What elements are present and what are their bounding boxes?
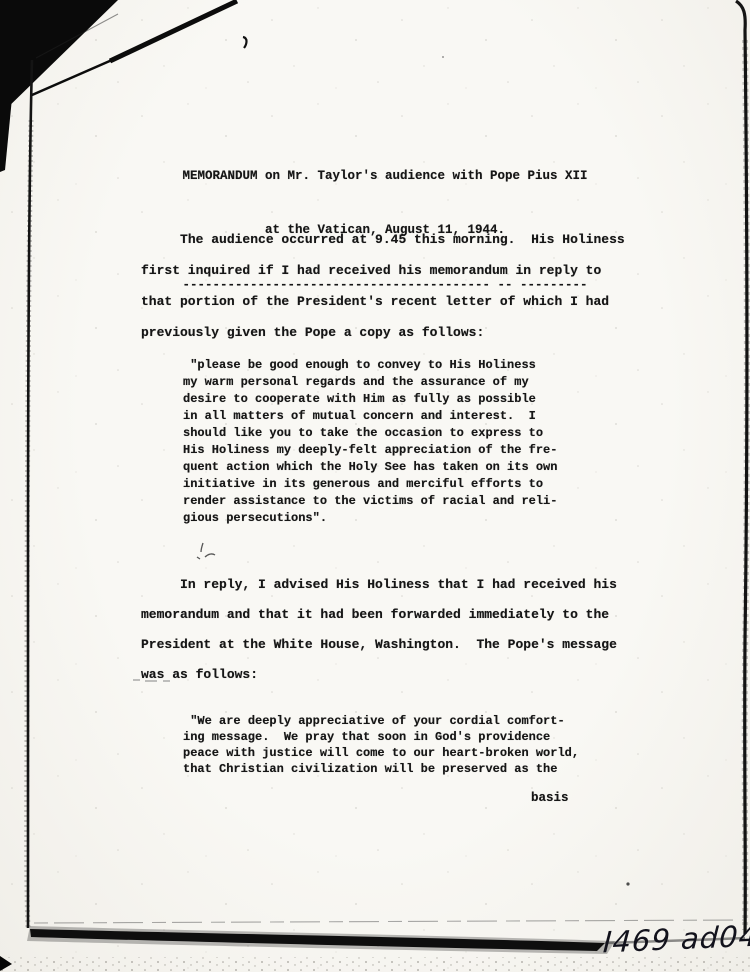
handwritten-archive-code: I469 ad04 bbox=[602, 919, 750, 960]
paragraph-1: The audience occurred at 9.45 this morni… bbox=[141, 224, 641, 348]
memo-title-line1: MEMORANDUM on Mr. Taylor's audience with… bbox=[182, 167, 588, 185]
memo-document: MEMORANDUM on Mr. Taylor's audience with… bbox=[0, 0, 750, 972]
scanned-page: MEMORANDUM on Mr. Taylor's audience with… bbox=[0, 0, 750, 972]
catchword: basis bbox=[531, 791, 569, 805]
quote-2: "We are deeply appreciative of your cord… bbox=[183, 713, 613, 777]
quote-1: "please be good enough to convey to His … bbox=[183, 357, 603, 527]
paragraph-2: In reply, I advised His Holiness that I … bbox=[141, 570, 641, 690]
